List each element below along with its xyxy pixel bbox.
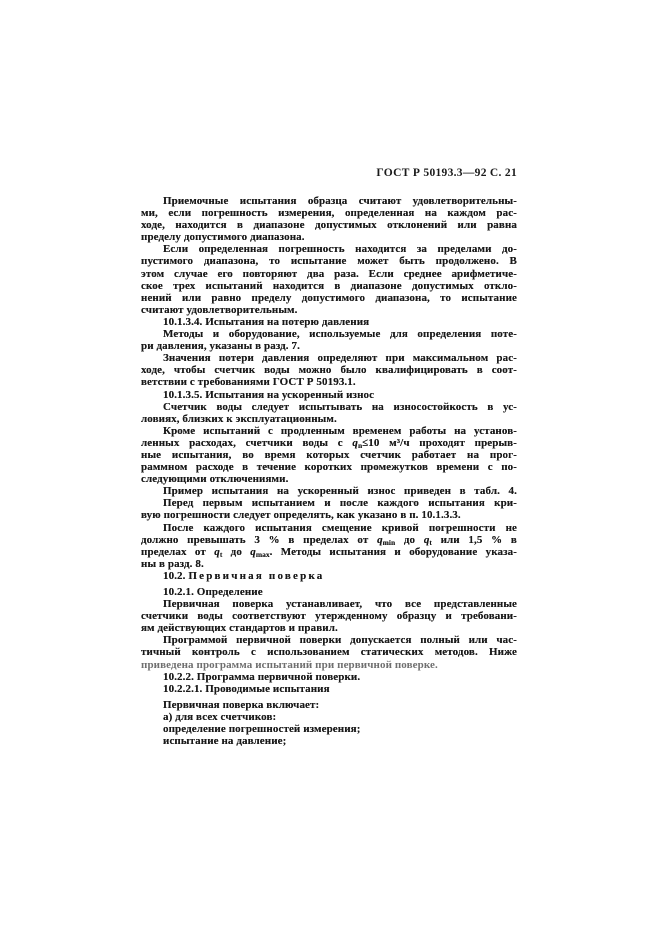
text-line: Программой первичной поверки допускается… bbox=[141, 634, 517, 646]
text-line: Перед первым испытанием и после каждого … bbox=[141, 497, 517, 509]
text-line: 10.2.2.1. Проводимые испытания bbox=[141, 683, 517, 695]
text-line: Приемочные испытания образца считают удо… bbox=[141, 195, 517, 207]
text-line: ветствии с требованиями ГОСТ Р 50193.1. bbox=[141, 376, 517, 388]
text-line: ловиях, близких к эксплуатационным. bbox=[141, 413, 517, 425]
page-header: ГОСТ Р 50193.3—92 С. 21 bbox=[141, 167, 517, 180]
text-line: следующими отключениями. bbox=[141, 473, 517, 485]
text-line: ходе, чтобы счетчик воды можно было квал… bbox=[141, 364, 517, 376]
text-line: пределу допустимого диапазона. bbox=[141, 231, 517, 243]
text-line: ходе, находится в диапазоне допустимых о… bbox=[141, 219, 517, 231]
text-line: должно превышать 3 % в пределах от qmin … bbox=[141, 534, 517, 546]
text-line: вую погрешности следует определять, как … bbox=[141, 509, 517, 521]
text-line: пределах от qt до qmax. Методы испытания… bbox=[141, 546, 517, 558]
document-page: ГОСТ Р 50193.3—92 С. 21 Приемочные испыт… bbox=[0, 0, 661, 935]
text-line: ми, если погрешность измерения, определе… bbox=[141, 207, 517, 219]
text-line: приведена программа испытаний при первич… bbox=[141, 659, 517, 671]
text-line: 10.2. Первичная поверка bbox=[141, 570, 517, 582]
text-line: Значения потери давления определяют при … bbox=[141, 352, 517, 364]
text-line: ны в разд. 8. bbox=[141, 558, 517, 570]
text-line: определение погрешностей измерения; bbox=[141, 723, 517, 735]
text-line: тичный контроль с использованием статиче… bbox=[141, 646, 517, 658]
text-line: 10.1.3.5. Испытания на ускоренный износ bbox=[141, 389, 517, 401]
text-line: счетчики воды соответствуют утержденному… bbox=[141, 610, 517, 622]
text-line: а) для всех счетчиков: bbox=[141, 711, 517, 723]
document-body: Приемочные испытания образца считают удо… bbox=[141, 195, 517, 747]
text-line: Счетчик воды следует испытывать на износ… bbox=[141, 401, 517, 413]
text-line: ское трех испытаний находится в диапазон… bbox=[141, 280, 517, 292]
text-line: 10.2.1. Определение bbox=[141, 586, 517, 598]
text-line: считают удовлетворительным. bbox=[141, 304, 517, 316]
text-line: После каждого испытания смещение кривой … bbox=[141, 522, 517, 534]
text-line: Первичная поверка включает: bbox=[141, 699, 517, 711]
text-line: Если определенная погрешность находится … bbox=[141, 243, 517, 255]
text-line: пустимого диапазона, то испытание может … bbox=[141, 255, 517, 267]
text-line: ные испытания, во время которых счетчик … bbox=[141, 449, 517, 461]
text-column: ГОСТ Р 50193.3—92 С. 21 Приемочные испыт… bbox=[141, 167, 517, 747]
text-line: 10.1.3.4. Испытания на потерю давления bbox=[141, 316, 517, 328]
text-line: нений или равно пределу допустимого диап… bbox=[141, 292, 517, 304]
text-line: Методы и оборудование, используемые для … bbox=[141, 328, 517, 340]
text-line: этом случае его повторяют два раза. Если… bbox=[141, 268, 517, 280]
text-line: ленных расходах, счетчики воды с qn≤10 м… bbox=[141, 437, 517, 449]
text-line: Пример испытания на ускоренный износ при… bbox=[141, 485, 517, 497]
text-line: испытание на давление; bbox=[141, 735, 517, 747]
text-line: 10.2.2. Программа первичной поверки. bbox=[141, 671, 517, 683]
text-line: ри давления, указаны в разд. 7. bbox=[141, 340, 517, 352]
text-line: Первичная поверка устанавливает, что все… bbox=[141, 598, 517, 610]
text-line: Кроме испытаний с продленным временем ра… bbox=[141, 425, 517, 437]
text-line: раммном расходе в течение коротких проме… bbox=[141, 461, 517, 473]
text-line: ям действующих стандартов и правил. bbox=[141, 622, 517, 634]
